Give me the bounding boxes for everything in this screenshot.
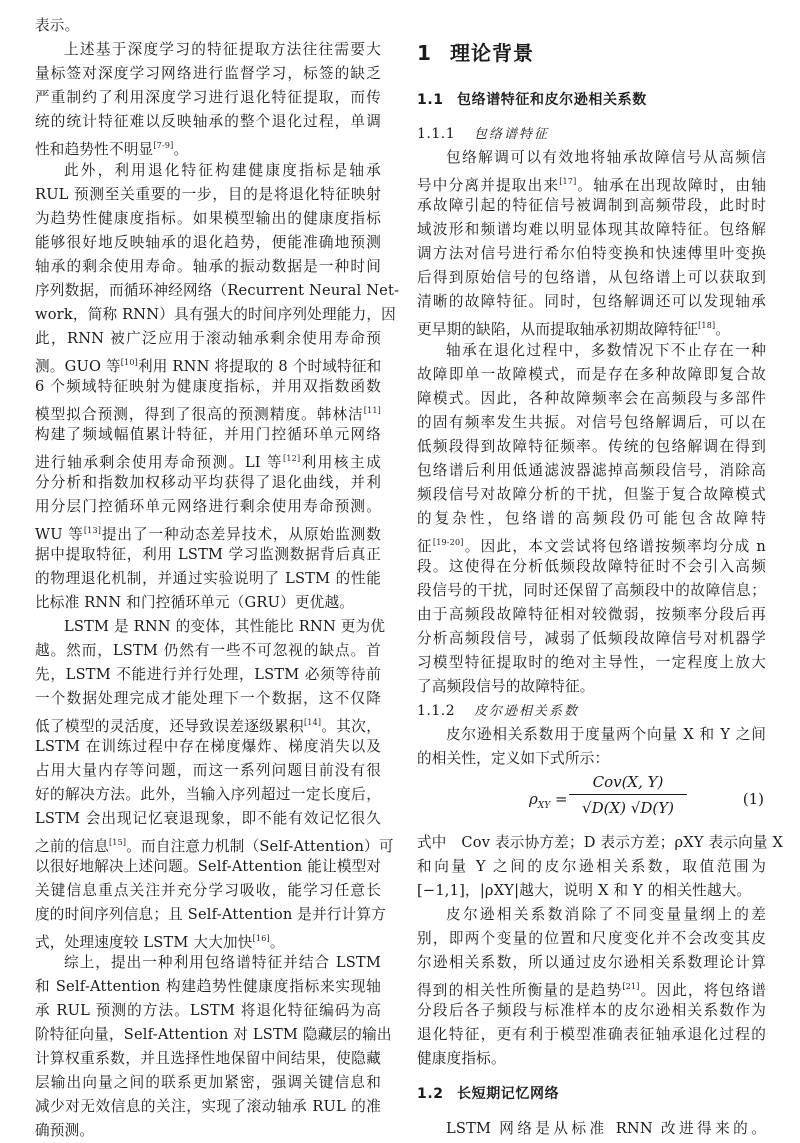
section-number: 1 xyxy=(417,40,450,66)
text-line: 序列数据，而循环神经网络（Recurrent Neural Net- xyxy=(35,282,381,300)
line-text-continued: 。 xyxy=(715,321,730,338)
text-line: 式，处理速度较 LSTM 大大加快[16]。 xyxy=(35,930,381,948)
text-line: 此，RNN 被广泛应用于滚动轴承剩余使用寿命预 xyxy=(35,330,381,348)
line-text: [−1,1]，|ρXY|越大，说明 X 和 Y 的相关性越大。 xyxy=(417,882,751,899)
text-line: 构建了频域幅值累计特征，并用门控循环单元网络 xyxy=(35,426,381,444)
line-text: 承故障引起的特征信号被调制到高频带段，此时时 xyxy=(417,197,766,214)
line-text: 计算权重系数，并且选择性地保留中间结果，使隐藏 xyxy=(35,1050,381,1067)
text-line: 的相关性，定义如下式所示： xyxy=(417,750,766,768)
line-text: 层输出向量之间的联系更加紧密，强调关键信息和 xyxy=(35,1074,381,1091)
line-text: 的相关性，定义如下式所示： xyxy=(417,750,609,767)
line-text-continued: 利用核主成 xyxy=(300,454,381,471)
line-text: 和 Self-Attention 构建趋势性健康度指标来实现轴 xyxy=(35,978,381,995)
line-text: 分分析和指数加权移动平均获得了退化曲线，并利 xyxy=(35,474,381,491)
text-line: 低频段得到故障特征频率。传统的包络解调在得到 xyxy=(417,438,766,456)
text-line: [−1,1]，|ρXY|越大，说明 X 和 Y 的相关性越大。 xyxy=(417,882,766,900)
text-line: 包络谱后利用低通滤波器滤掉高频段信号，消除高 xyxy=(417,462,766,480)
line-text: 号中分离并提取出来 xyxy=(417,177,559,194)
text-line: 6 个频域特征映射为健康度指标，并用双指数函数 xyxy=(35,378,381,396)
line-text: 皮尔逊相关系数消除了不同变量量纲上的差 xyxy=(446,906,766,923)
line-text: 后得到原始信号的包络谱，从包络谱上可以获取到 xyxy=(417,269,766,286)
citation-ref: [16] xyxy=(253,934,270,943)
equation-denominator: √D(X) √D(Y) xyxy=(569,797,687,819)
text-line: 先，LSTM 不能进行并行处理，LSTM 必须等待前 xyxy=(35,666,381,684)
line-text: 进行轴承剩余使用寿命预测。LI 等 xyxy=(35,454,283,471)
line-text: RUL 预测至关重要的一步，目的是将退化特征映射 xyxy=(35,186,381,203)
line-text-continued: 提出了一种动态差异技术，从原始监测数 xyxy=(101,526,381,543)
text-line: 表示。 xyxy=(35,17,381,35)
line-text: 好的解决方法。此外，当输入序列超过一定长度后， xyxy=(35,786,381,803)
text-line: 阶特征向量，Self-Attention 对 LSTM 隐藏层的输出 xyxy=(35,1026,381,1044)
citation-ref: [17] xyxy=(559,177,576,186)
line-text: 段信号的干扰，同时还保留了高频段中的故障信息； xyxy=(417,582,766,599)
equation-1: ρXY = Cov(X, Y) √D(X) √D(Y) (1) xyxy=(417,772,766,828)
text-line: 越。然而，LSTM 仍然有一些不可忽视的缺点。首 xyxy=(35,642,381,660)
line-text: 健康度指标。 xyxy=(417,1050,506,1067)
section-heading-1: 1理论背景 xyxy=(417,40,534,66)
fraction-bar xyxy=(569,794,687,795)
equation-lhs: ρXY = xyxy=(529,790,568,811)
line-text: 能够很好地反映轴承的退化趋势，便能准确地预测 xyxy=(35,234,381,251)
section-heading-1-1-2: 1.1.2皮尔逊相关系数 xyxy=(417,702,579,721)
citation-ref: [10] xyxy=(121,358,138,367)
text-line: 退化特征，更有利于模型准确表征轴承退化过程的 xyxy=(417,1026,766,1044)
section-title: 包络谱特征和皮尔逊相关系数 xyxy=(457,92,647,108)
line-text: 别，即两个变量的位置和尺度变化并不会改变其皮 xyxy=(417,930,766,947)
line-text: 测。GUO 等 xyxy=(35,358,121,375)
text-line: 用分层门控循环单元网络进行剩余使用寿命预测。 xyxy=(35,498,381,516)
text-line: 尔逊相关系数，所以通过皮尔逊相关系数理论计算 xyxy=(417,954,766,972)
line-text: 性和趋势性不明显 xyxy=(35,141,153,158)
citation-ref: [13] xyxy=(84,526,101,535)
text-line: WU 等[13]提出了一种动态差异技术，从原始监测数 xyxy=(35,522,381,540)
line-text: 故障即单一故障模式，而是存在多种故障即复合故 xyxy=(417,366,766,383)
section-number: 1.1.1 xyxy=(417,125,474,143)
line-text: 包络解调可以有效地将轴承故障信号从高频信 xyxy=(446,149,766,166)
citation-ref: [15] xyxy=(109,838,126,847)
text-line: 更早期的缺陷，从而提取轴承初期故障特征[18]。 xyxy=(417,317,766,335)
line-text: 尔逊相关系数，所以通过皮尔逊相关系数理论计算 xyxy=(417,954,766,971)
line-text: 轴承的剩余使用寿命。轴承的振动数据是一种时间 xyxy=(35,258,381,275)
text-line: 调方法对信号进行希尔伯特变换和快速傅里叶变换 xyxy=(417,245,766,263)
line-text-continued: 。而自注意力机制（Self-Attention）可 xyxy=(126,838,393,855)
line-text: 占用大量内存等问题，而这一系列问题目前没有很 xyxy=(35,762,381,779)
text-line: 得到的相关性所衡量的是趋势[21]。因此，将包络谱 xyxy=(417,978,766,996)
text-line: 障模式。因此，各种故障频率会在高频段与多部件 xyxy=(417,390,766,408)
line-text: LSTM 在训练过程中存在梯度爆炸、梯度消失以及 xyxy=(35,738,381,755)
text-line: 确预测。 xyxy=(35,1122,381,1140)
text-line: LSTM 在训练过程中存在梯度爆炸、梯度消失以及 xyxy=(35,738,381,756)
text-line: 据中提取特征，利用 LSTM 学习监测数据背后真正 xyxy=(35,546,381,564)
line-text: 退化特征，更有利于模型准确表征轴承退化过程的 xyxy=(417,1026,766,1043)
text-line: work，简称 RNN）具有强大的时间序列处理能力，因 xyxy=(35,306,381,324)
line-text: 量标签对深度学习网络进行监督学习，标签的缺乏 xyxy=(35,65,381,82)
line-text-continued: 利用 RNN 将提取的 8 个时域特征和 xyxy=(138,358,382,375)
line-text: 先，LSTM 不能进行并行处理，LSTM 必须等待前 xyxy=(35,666,381,683)
text-line: 此外，利用退化特征构建健康度指标是轴承 xyxy=(35,162,381,180)
text-line: 段信号的干扰，同时还保留了高频段中的故障信息； xyxy=(417,582,766,600)
text-line: LSTM 会出现记忆衰退现象，即不能有效记忆很久 xyxy=(35,810,381,828)
text-line: 低了模型的灵活度，还导致误差逐级累积[14]。其次， xyxy=(35,714,381,732)
text-line: 性和趋势性不明显[7-9]。 xyxy=(35,137,381,155)
text-line: 分析高频段信号，减弱了低频段故障信号对机器学 xyxy=(417,630,766,648)
text-line: 分段后各子频段与标准样本的皮尔逊相关系数作为 xyxy=(417,1002,766,1020)
line-text: 构建了频域幅值累计特征，并用门控循环单元网络 xyxy=(35,426,381,443)
text-line: 计算权重系数，并且选择性地保留中间结果，使隐藏 xyxy=(35,1050,381,1068)
line-text: 皮尔逊相关系数用于度量两个向量 X 和 Y 之间 xyxy=(446,726,766,743)
line-text: 减少对无效信息的关注，实现了滚动轴承 RUL 的准 xyxy=(35,1098,381,1115)
line-text-continued: 。 xyxy=(270,934,285,951)
line-text: 式中 Cov 表示协方差；D 表示方差；ρXY 表示向量 X xyxy=(417,834,783,851)
line-text: 6 个频域特征映射为健康度指标，并用双指数函数 xyxy=(35,378,381,395)
text-line: 模型拟合预测，得到了很高的预测精度。韩林洁[11] xyxy=(35,402,381,420)
text-line: 度的时间序列信息；且 Self-Attention 是并行计算方 xyxy=(35,906,381,924)
line-text: 调方法对信号进行希尔伯特变换和快速傅里叶变换 xyxy=(417,245,766,262)
text-line: 和向量 Y 之间的皮尔逊相关系数，取值范围为 xyxy=(417,858,766,876)
text-line: 频段信号对故障分析的干扰，但鉴于复合故障模式 xyxy=(417,486,766,504)
text-line: 由于高频段故障特征相对较微弱，按频率分段后再 xyxy=(417,606,766,624)
text-line: 占用大量内存等问题，而这一系列问题目前没有很 xyxy=(35,762,381,780)
line-text: 越。然而，LSTM 仍然有一些不可忽视的缺点。首 xyxy=(35,642,381,659)
line-text: 式，处理速度较 LSTM 大大加快 xyxy=(35,934,253,951)
text-line: 健康度指标。 xyxy=(417,1050,766,1068)
text-line: 了高频段信号的故障特征。 xyxy=(417,678,766,696)
line-text-continued: 。因此，本文尝试将包络谱按频率均分成 n xyxy=(464,538,766,555)
section-title: 皮尔逊相关系数 xyxy=(474,704,579,719)
line-text: 模型拟合预测，得到了很高的预测精度。韩林洁 xyxy=(35,406,364,423)
line-text: 更早期的缺陷，从而提取轴承初期故障特征 xyxy=(417,321,698,338)
text-line: 习模型特征提取时的绝对主导性，一定程度上放大 xyxy=(417,654,766,672)
text-line: 包络解调可以有效地将轴承故障信号从高频信 xyxy=(417,149,766,167)
line-text: 据中提取特征，利用 LSTM 学习监测数据背后真正 xyxy=(35,546,381,563)
line-text: 段。这使得在分析低频段故障特征时不会引入高频 xyxy=(417,558,766,575)
line-text: LSTM 网络是从标准 RNN 改进得来的。 xyxy=(446,1120,766,1137)
line-text: 的复杂性，包络谱的高频段仍可能包含故障特 xyxy=(417,510,766,527)
equation-fraction: Cov(X, Y) √D(X) √D(Y) xyxy=(569,772,687,819)
line-text: 低频段得到故障特征频率。传统的包络解调在得到 xyxy=(417,438,766,455)
line-text: 征 xyxy=(417,538,433,555)
line-text: 序列数据，而循环神经网络（Recurrent Neural Net- xyxy=(35,282,399,299)
text-line: 轴承在退化过程中，多数情况下不止存在一种 xyxy=(417,342,766,360)
text-line: 式中 Cov 表示协方差；D 表示方差；ρXY 表示向量 X xyxy=(417,834,766,852)
line-text: 用分层门控循环单元网络进行剩余使用寿命预测。 xyxy=(35,498,381,515)
section-number: 1.1.2 xyxy=(417,702,474,720)
line-text: 得到的相关性所衡量的是趋势 xyxy=(417,982,622,999)
line-text: 综上，提出一种利用包络谱特征并结合 LSTM xyxy=(64,954,381,971)
line-text-continued: 。轴承在出现故障时，由轴 xyxy=(576,177,766,194)
text-line: LSTM 是 RNN 的变体，其性能比 RNN 更为优 xyxy=(35,618,381,636)
section-title: 理论背景 xyxy=(450,41,534,65)
text-line: 进行轴承剩余使用寿命预测。LI 等[12]利用核主成 xyxy=(35,450,381,468)
text-line: 之前的信息[15]。而自注意力机制（Self-Attention）可 xyxy=(35,834,381,852)
line-text-continued: 。其次， xyxy=(321,718,381,735)
line-text: 度的时间序列信息；且 Self-Attention 是并行计算方 xyxy=(35,906,386,923)
section-heading-1-2: 1.2长短期记忆网络 xyxy=(417,1085,559,1103)
line-text: 由于高频段故障特征相对较微弱，按频率分段后再 xyxy=(417,606,766,623)
text-line: 承故障引起的特征信号被调制到高频带段，此时时 xyxy=(417,197,766,215)
text-line: 故障即单一故障模式，而是存在多种故障即复合故 xyxy=(417,366,766,384)
citation-ref: [11] xyxy=(364,406,381,415)
line-text: work，简称 RNN）具有强大的时间序列处理能力，因 xyxy=(35,306,396,323)
line-text: 的物理退化机制，并通过实验说明了 LSTM 的性能 xyxy=(35,570,381,587)
citation-ref: [19-20] xyxy=(433,538,464,547)
line-text: 分析高频段信号，减弱了低频段故障信号对机器学 xyxy=(417,630,766,647)
text-line: 段。这使得在分析低频段故障特征时不会引入高频 xyxy=(417,558,766,576)
text-line: 皮尔逊相关系数用于度量两个向量 X 和 Y 之间 xyxy=(417,726,766,744)
text-line: 清晰的故障特征。同时，包络解调还可以发现轴承 xyxy=(417,293,766,311)
text-line: 以很好地解决上述问题。Self-Attention 能让模型对 xyxy=(35,858,381,876)
line-text: 阶特征向量，Self-Attention 对 LSTM 隐藏层的输出 xyxy=(35,1026,392,1043)
line-text: 此外，利用退化特征构建健康度指标是轴承 xyxy=(64,162,381,179)
text-line: 关键信息重点关注并充分学习吸收，能学习任意长 xyxy=(35,882,381,900)
line-text: 频段信号对故障分析的干扰，但鉴于复合故障模式 xyxy=(417,486,766,503)
text-line: 上述基于深度学习的特征提取方法往往需要大 xyxy=(35,41,381,59)
line-text: 关键信息重点关注并充分学习吸收，能学习任意长 xyxy=(35,882,381,899)
text-line: 域波形和频谱均难以明显体现其故障特征。包络解 xyxy=(417,221,766,239)
section-number: 1.1 xyxy=(417,91,457,109)
citation-ref: [12] xyxy=(283,454,300,463)
line-text: 了高频段信号的故障特征。 xyxy=(417,678,595,695)
line-text: LSTM 会出现记忆衰退现象，即不能有效记忆很久 xyxy=(35,810,381,827)
line-text: 承 RUL 预测的方法。LSTM 将退化特征编码为高 xyxy=(35,1002,381,1019)
line-text: 比标准 RNN 和门控循环单元（GRU）更优越。 xyxy=(35,594,354,611)
text-line: 的固有频率发生共振。对信号包络解调后，可以在 xyxy=(417,414,766,432)
citation-ref: [7-9] xyxy=(153,141,173,150)
line-text: 一个数据处理完成才能处理下一个数据，这不仅降 xyxy=(35,690,381,707)
text-line: 征[19-20]。因此，本文尝试将包络谱按频率均分成 n xyxy=(417,534,766,552)
line-text: 上述基于深度学习的特征提取方法往往需要大 xyxy=(64,41,381,58)
equation-number: (1) xyxy=(743,790,764,808)
text-line: 减少对无效信息的关注，实现了滚动轴承 RUL 的准 xyxy=(35,1098,381,1116)
section-title: 包络谱特征 xyxy=(474,127,549,142)
citation-ref: [21] xyxy=(622,982,639,991)
line-text: 之前的信息 xyxy=(35,838,109,855)
text-line: 综上，提出一种利用包络谱特征并结合 LSTM xyxy=(35,954,381,972)
text-line: 严重制约了利用深度学习进行退化特征提取，而传 xyxy=(35,89,381,107)
text-line: 承 RUL 预测的方法。LSTM 将退化特征编码为高 xyxy=(35,1002,381,1020)
text-line: 统的统计特征难以反映轴承的整个退化过程，单调 xyxy=(35,113,381,131)
text-line: RUL 预测至关重要的一步，目的是将退化特征映射 xyxy=(35,186,381,204)
line-text: 以很好地解决上述问题。Self-Attention 能让模型对 xyxy=(35,858,381,875)
text-line: 比标准 RNN 和门控循环单元（GRU）更优越。 xyxy=(35,594,381,612)
line-text: 分段后各子频段与标准样本的皮尔逊相关系数作为 xyxy=(417,1002,766,1019)
line-text: 为趋势性健康度指标。如果模型输出的健康度指标 xyxy=(35,210,381,227)
text-line: 能够很好地反映轴承的退化趋势，便能准确地预测 xyxy=(35,234,381,252)
line-text: 表示。 xyxy=(35,17,79,34)
line-text: 的固有频率发生共振。对信号包络解调后，可以在 xyxy=(417,414,766,431)
line-text: LSTM 是 RNN 的变体，其性能比 RNN 更为优 xyxy=(64,618,385,635)
line-text: 轴承在退化过程中，多数情况下不止存在一种 xyxy=(446,342,766,359)
section-heading-1-1-1: 1.1.1包络谱特征 xyxy=(417,125,549,144)
text-line: 的物理退化机制，并通过实验说明了 LSTM 的性能 xyxy=(35,570,381,588)
line-text: 清晰的故障特征。同时，包络解调还可以发现轴承 xyxy=(417,293,766,310)
line-text: 严重制约了利用深度学习进行退化特征提取，而传 xyxy=(35,89,381,106)
line-text: 域波形和频谱均难以明显体现其故障特征。包络解 xyxy=(417,221,766,238)
line-text: 确预测。 xyxy=(35,1122,94,1139)
section-number: 1.2 xyxy=(417,1085,457,1103)
line-text: 习模型特征提取时的绝对主导性，一定程度上放大 xyxy=(417,654,766,671)
text-line: 测。GUO 等[10]利用 RNN 将提取的 8 个时域特征和 xyxy=(35,354,381,372)
citation-ref: [18] xyxy=(698,321,715,330)
text-line: 层输出向量之间的联系更加紧密，强调关键信息和 xyxy=(35,1074,381,1092)
text-line: 的复杂性，包络谱的高频段仍可能包含故障特 xyxy=(417,510,766,528)
text-line: 皮尔逊相关系数消除了不同变量量纲上的差 xyxy=(417,906,766,924)
text-line: 别，即两个变量的位置和尺度变化并不会改变其皮 xyxy=(417,930,766,948)
text-line: 一个数据处理完成才能处理下一个数据，这不仅降 xyxy=(35,690,381,708)
line-text: 障模式。因此，各种故障频率会在高频段与多部件 xyxy=(417,390,766,407)
text-line: 后得到原始信号的包络谱，从包络谱上可以获取到 xyxy=(417,269,766,287)
text-line: 和 Self-Attention 构建趋势性健康度指标来实现轴 xyxy=(35,978,381,996)
text-line: 好的解决方法。此外，当输入序列超过一定长度后， xyxy=(35,786,381,804)
text-line: 为趋势性健康度指标。如果模型输出的健康度指标 xyxy=(35,210,381,228)
line-text-continued: 。 xyxy=(173,141,188,158)
text-line: 号中分离并提取出来[17]。轴承在出现故障时，由轴 xyxy=(417,173,766,191)
line-text: 统的统计特征难以反映轴承的整个退化过程，单调 xyxy=(35,113,381,130)
line-text: 包络谱后利用低通滤波器滤掉高频段信号，消除高 xyxy=(417,462,766,479)
line-text: 此，RNN 被广泛应用于滚动轴承剩余使用寿命预 xyxy=(35,330,381,347)
equation-numerator: Cov(X, Y) xyxy=(569,772,687,792)
section-title: 长短期记忆网络 xyxy=(457,1086,559,1102)
line-text: 低了模型的灵活度，还导致误差逐级累积 xyxy=(35,718,304,735)
line-text: 和向量 Y 之间的皮尔逊相关系数，取值范围为 xyxy=(417,858,766,875)
line-text: WU 等 xyxy=(35,526,84,543)
line-text-continued: 。因此，将包络谱 xyxy=(640,982,766,999)
section-heading-1-1: 1.1包络谱特征和皮尔逊相关系数 xyxy=(417,91,647,109)
text-line: 轴承的剩余使用寿命。轴承的振动数据是一种时间 xyxy=(35,258,381,276)
text-line: 量标签对深度学习网络进行监督学习，标签的缺乏 xyxy=(35,65,381,83)
citation-ref: [14] xyxy=(304,718,321,727)
text-line: LSTM 网络是从标准 RNN 改进得来的。 xyxy=(417,1120,766,1138)
text-line: 分分析和指数加权移动平均获得了退化曲线，并利 xyxy=(35,474,381,492)
